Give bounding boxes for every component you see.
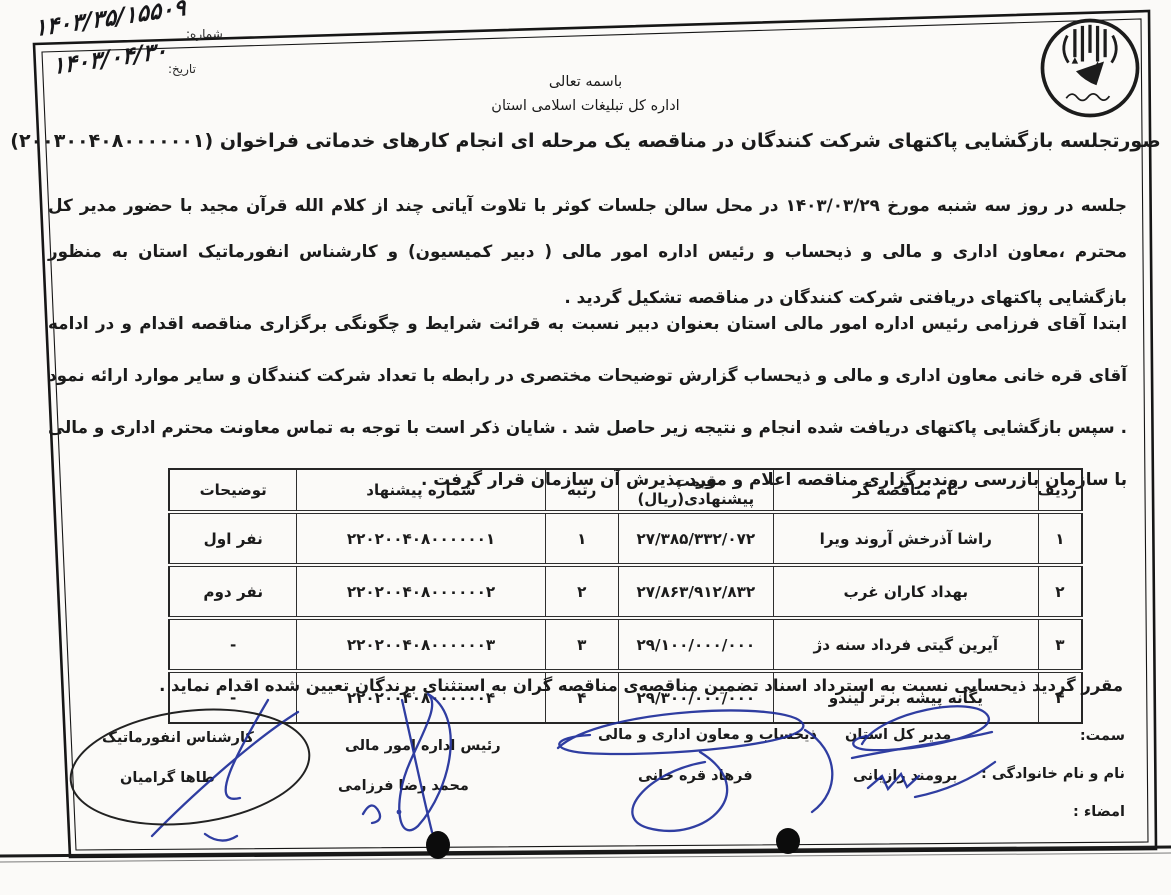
role-field-label: سمت: bbox=[1080, 728, 1125, 744]
cell-rank: ۳ bbox=[545, 618, 618, 671]
scanned-meeting-minutes-document: شماره: ۱۴۰۳/۳۵/۱۵۵۰۹ تاریخ: ۱۴۰۳/۰۴/۳۰ ب… bbox=[0, 0, 1171, 895]
cell-rank: ۲ bbox=[545, 565, 618, 618]
fullname-field-label: نام و نام خانوادگی : bbox=[981, 766, 1125, 782]
table-header-row: ردیف نام مناقصه گر قیمت پیشنهادی(ریال) ر… bbox=[169, 469, 1082, 512]
hole-punch-mark-left bbox=[426, 831, 450, 859]
hole-punch-mark-right bbox=[776, 828, 800, 854]
organization-name-heading: اداره کل تبلیغات اسلامی استان bbox=[0, 98, 1171, 114]
column-header-rank: رتبه bbox=[545, 469, 618, 512]
cell-row-number: ۳ bbox=[1038, 618, 1082, 671]
cell-bid-number: ۲۲۰۲۰۰۴۰۸۰۰۰۰۰۰۱ bbox=[297, 512, 545, 565]
cell-proposed-price: ۲۹/۱۰۰/۰۰۰/۰۰۰ bbox=[618, 618, 773, 671]
cell-remarks: نفر دوم bbox=[169, 565, 297, 618]
signature-field-label: امضاء : bbox=[1073, 804, 1125, 820]
signatory-role-comptroller-deputy: ذیحساب و معاون اداری و مالی bbox=[598, 727, 817, 743]
cell-row-number: ۱ bbox=[1038, 512, 1082, 565]
cell-rank: ۱ bbox=[545, 512, 618, 565]
cell-bidder-name: بهداد کاران غرب bbox=[773, 565, 1038, 618]
column-header-bid-number: شماره پیشنهاد bbox=[297, 469, 545, 512]
column-header-row-number: ردیف bbox=[1038, 469, 1082, 512]
signatory-name-comptroller-deputy: فرهاد قره خانی bbox=[638, 768, 753, 784]
table-row: ۳ آیرین گیتی فرداد سنه دژ ۲۹/۱۰۰/۰۰۰/۰۰۰… bbox=[169, 618, 1082, 671]
signatory-role-director-general: مدیر کل استان bbox=[845, 727, 951, 743]
signatory-role-informatics-expert: کارشناس انفورماتیک bbox=[102, 730, 254, 746]
signatory-name-director-general: برومند رازیانی bbox=[853, 768, 957, 784]
signatory-role-finance-head: رئیس اداره امور مالی bbox=[345, 738, 501, 754]
besmellah-heading: باسمه تعالی bbox=[0, 74, 1171, 90]
column-header-bidder-name: نام مناقصه گر bbox=[773, 469, 1038, 512]
document-number-label: شماره: bbox=[186, 27, 223, 41]
cell-remarks: - bbox=[169, 618, 297, 671]
document-title: صورتجلسه بازگشایی پاکتهای شرکت کنندگان د… bbox=[0, 130, 1171, 152]
table-row: ۱ راشا آذرخش آروند ویرا ۲۷/۳۸۵/۳۳۲/۰۷۲ ۱… bbox=[169, 512, 1082, 565]
cell-proposed-price: ۲۷/۳۸۵/۳۳۲/۰۷۲ bbox=[618, 512, 773, 565]
table-row: ۲ بهداد کاران غرب ۲۷/۸۶۳/۹۱۲/۸۳۲ ۲ ۲۲۰۲۰… bbox=[169, 565, 1082, 618]
cell-proposed-price: ۲۷/۸۶۳/۹۱۲/۸۳۲ bbox=[618, 565, 773, 618]
signatory-name-finance-head: محمد رضا فرزامی bbox=[338, 778, 469, 794]
cell-bid-number: ۲۲۰۲۰۰۴۰۸۰۰۰۰۰۰۳ bbox=[297, 618, 545, 671]
cell-remarks: نفر اول bbox=[169, 512, 297, 565]
column-header-proposed-price: قیمت پیشنهادی(ریال) bbox=[618, 469, 773, 512]
document-number-value: ۱۴۰۳/۳۵/۱۵۵۰۹ bbox=[34, 0, 186, 42]
cell-row-number: ۲ bbox=[1038, 565, 1082, 618]
cell-bid-number: ۲۲۰۲۰۰۴۰۸۰۰۰۰۰۰۲ bbox=[297, 565, 545, 618]
decision-note: مقرر گردید ذیحسابی نسبت به استرداد اسناد… bbox=[159, 676, 1123, 695]
signatory-name-informatics-expert: طاها گرامیان bbox=[120, 770, 215, 786]
column-header-remarks: توضیحات bbox=[169, 469, 297, 512]
cell-bidder-name: آیرین گیتی فرداد سنه دژ bbox=[773, 618, 1038, 671]
cell-bidder-name: راشا آذرخش آروند ویرا bbox=[773, 512, 1038, 565]
